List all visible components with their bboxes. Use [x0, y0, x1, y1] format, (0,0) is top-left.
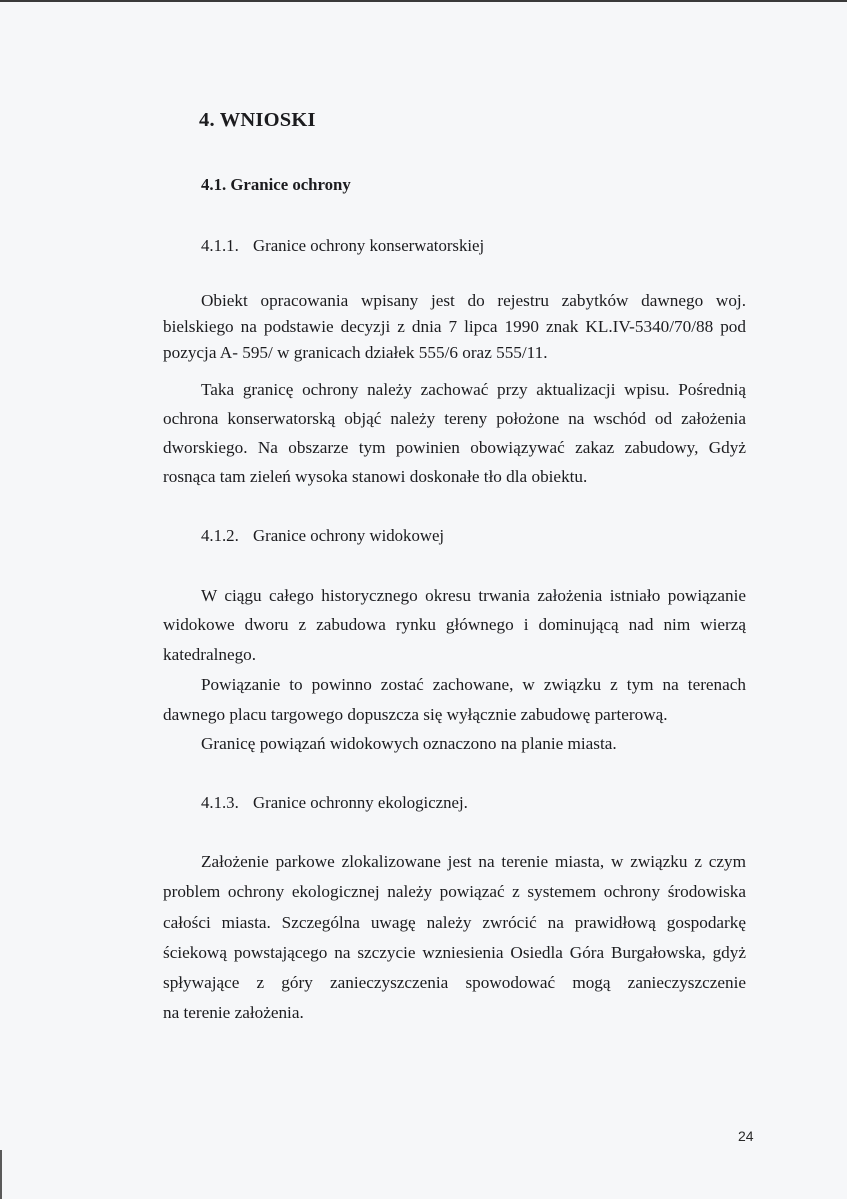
subsection-heading-4-1-3: 4.1.3.Granice ochronny ekologicznej. — [201, 793, 468, 813]
subsection-heading-4-1-2: 4.1.2.Granice ochrony widokowej — [201, 526, 444, 546]
text-line: bielskiego na podstawie decyzji z dnia 7… — [163, 317, 746, 337]
text-line: W ciągu całego historycznego okresu trwa… — [201, 586, 746, 606]
subsection-title: Granice ochrony widokowej — [253, 526, 444, 545]
text-line: spływające z góry zanieczyszczenia spowo… — [163, 973, 746, 993]
text-line: na terenie założenia. — [163, 1003, 746, 1023]
text-line: widokowe dworu z zabudowa rynku głównego… — [163, 615, 746, 635]
text-line: Granicę powiązań widokowych oznaczono na… — [201, 734, 746, 754]
text-line: Powiązanie to powinno zostać zachowane, … — [201, 675, 746, 695]
text-line: ochrona konserwatorską objąć należy tere… — [163, 409, 746, 429]
text-line: dworskiego. Na obszarze tym powinien obo… — [163, 438, 746, 458]
subsection-title: Granice ochrony konserwatorskiej — [253, 236, 484, 255]
text-line: Obiekt opracowania wpisany jest do rejes… — [201, 291, 746, 311]
subsection-number: 4.1.2. — [201, 526, 253, 546]
text-line: Założenie parkowe zlokalizowane jest na … — [201, 852, 746, 872]
chapter-heading: 4. WNIOSKI — [199, 109, 316, 132]
text-line: problem ochrony ekologicznej należy powi… — [163, 882, 746, 902]
subsection-title: Granice ochronny ekologicznej. — [253, 793, 468, 812]
text-line: rosnąca tam zieleń wysoka stanowi doskon… — [163, 467, 746, 487]
scan-edge-left — [0, 1150, 2, 1199]
text-line: Taka granicę ochrony należy zachować prz… — [201, 380, 746, 400]
subsection-heading-4-1-1: 4.1.1.Granice ochrony konserwatorskiej — [201, 236, 484, 256]
scan-edge-top — [0, 0, 847, 2]
text-line: katedralnego. — [163, 645, 746, 665]
text-line: pozycja A- 595/ w granicach działek 555/… — [163, 343, 746, 363]
text-line: dawnego placu targowego dopuszcza się wy… — [163, 705, 746, 725]
subsection-number: 4.1.1. — [201, 236, 253, 256]
text-line: całości miasta. Szczególna uwagę należy … — [163, 913, 746, 933]
section-heading: 4.1. Granice ochrony — [201, 175, 351, 195]
subsection-number: 4.1.3. — [201, 793, 253, 813]
page-number: 24 — [738, 1128, 754, 1144]
text-line: ściekową powstającego na szczycie wznies… — [163, 943, 746, 963]
